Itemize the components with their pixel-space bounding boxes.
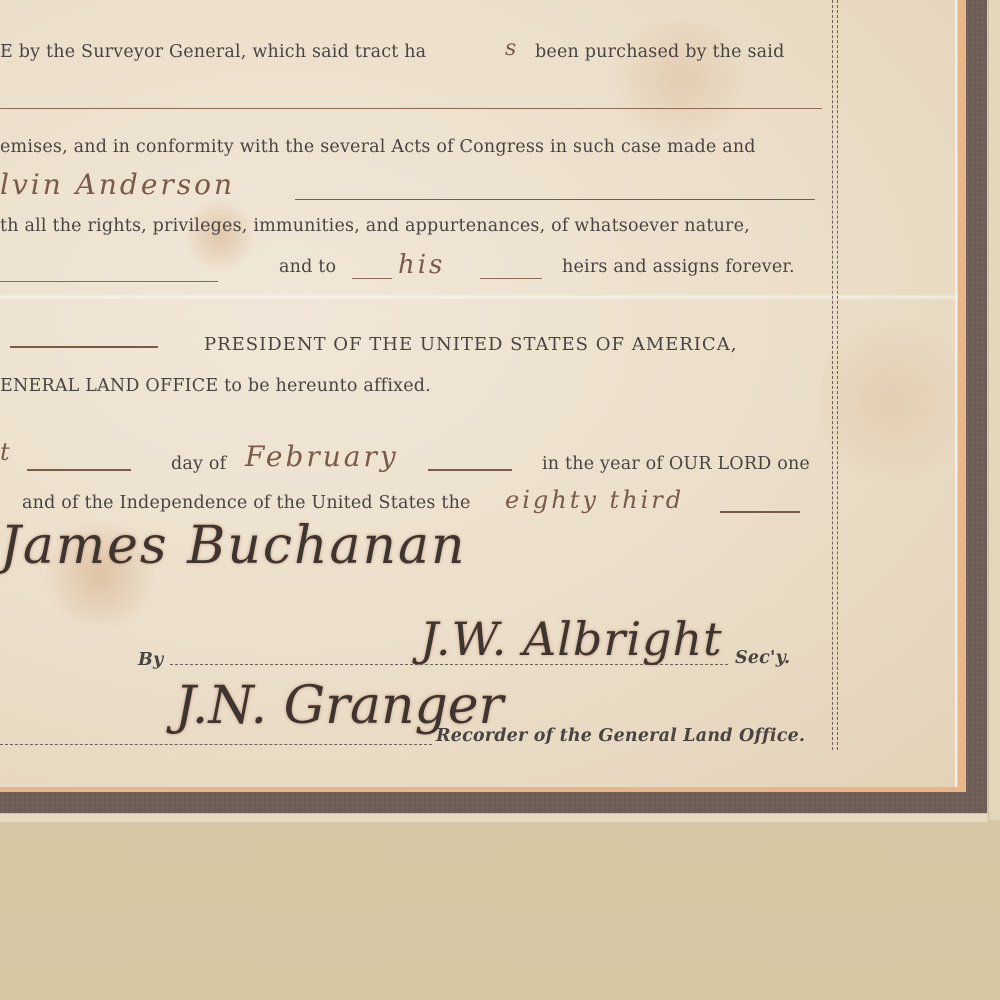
text-independence: and of the Independence of the United St… <box>22 493 471 513</box>
text-line-2: emises, and in conformity with the sever… <box>0 137 756 157</box>
text-land-office: ENERAL LAND OFFICE to be hereunto affixe… <box>0 376 431 396</box>
handwritten-s: s <box>505 36 519 61</box>
mat-bevel-right <box>988 0 1000 820</box>
signature-line <box>0 744 432 745</box>
handwritten-month: February <box>245 440 399 473</box>
rule <box>0 281 218 282</box>
secretary-signature: J.W. Albright <box>420 612 723 666</box>
handwritten-his: his <box>398 250 445 280</box>
text-day-of: day of <box>171 454 226 474</box>
margin-rule <box>832 0 833 750</box>
rule <box>10 346 158 348</box>
text-line-1-end: been purchased by the said <box>535 42 784 62</box>
text-and-to: and to <box>279 257 336 277</box>
text-line-4: th all the rights, privileges, immunitie… <box>0 216 750 236</box>
margin-rule <box>837 0 838 750</box>
handwritten-year: eighty third <box>505 486 684 514</box>
paper-fold <box>0 294 958 300</box>
rule <box>352 278 392 279</box>
rule <box>480 278 542 279</box>
secretary-title: Sec'y. <box>735 648 790 668</box>
stain <box>820 300 958 500</box>
text-president: PRESIDENT OF THE UNITED STATES OF AMERIC… <box>204 334 737 355</box>
rule <box>295 199 815 200</box>
grantee-name: lvin Anderson <box>0 168 235 201</box>
president-signature: James Buchanan <box>0 516 466 576</box>
document-paper: E by the Surveyor General, which said tr… <box>0 0 958 787</box>
rule <box>27 469 131 471</box>
handwritten-day: t <box>0 438 13 466</box>
rule <box>428 469 512 471</box>
by-label: By <box>138 650 163 670</box>
text-year-of-our-lord: in the year of OUR LORD one <box>542 454 810 474</box>
recorder-title: Recorder of the General Land Office. <box>436 726 805 746</box>
mat-bevel-bottom <box>0 813 988 822</box>
text-line-1: E by the Surveyor General, which said tr… <box>0 42 426 62</box>
rule <box>0 108 822 109</box>
rule <box>720 511 800 513</box>
stain <box>600 20 760 140</box>
text-heirs: heirs and assigns forever. <box>562 257 795 277</box>
